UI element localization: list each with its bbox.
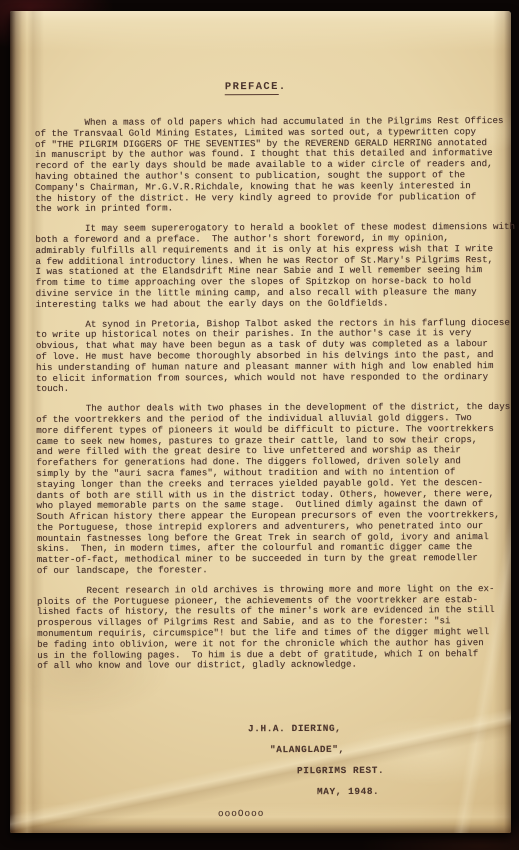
preface-heading: PREFACE.	[19, 80, 493, 94]
page-content: PREFACE. When a mass of old papers which…	[35, 80, 512, 681]
paragraph-synod: At synod in Pretoria, Bishop Talbot aske…	[36, 318, 510, 396]
paragraph-two-phases: The author deals with two phases in the …	[36, 402, 511, 577]
end-ornament: oooOooo	[218, 808, 264, 819]
signature-name: J.H.A. DIERING,	[248, 723, 341, 734]
signature-date: MAY, 1948.	[317, 786, 379, 797]
signature-residence: "ALANGLADE",	[270, 744, 345, 755]
paragraph-discovery: When a mass of old papers which had accu…	[35, 116, 509, 215]
photo-backdrop: PREFACE. When a mass of old papers which…	[0, 0, 519, 850]
book-page: PREFACE. When a mass of old papers which…	[10, 11, 511, 833]
signature-place: PILGRIMS REST.	[297, 765, 384, 776]
preface-heading-period: .	[279, 81, 287, 93]
preface-heading-text: PREFACE	[225, 81, 279, 95]
paragraph-recent-research: Recent research in old archives is throw…	[37, 584, 511, 672]
paragraph-foreword: It may seem supererogatory to herald a b…	[35, 222, 509, 310]
